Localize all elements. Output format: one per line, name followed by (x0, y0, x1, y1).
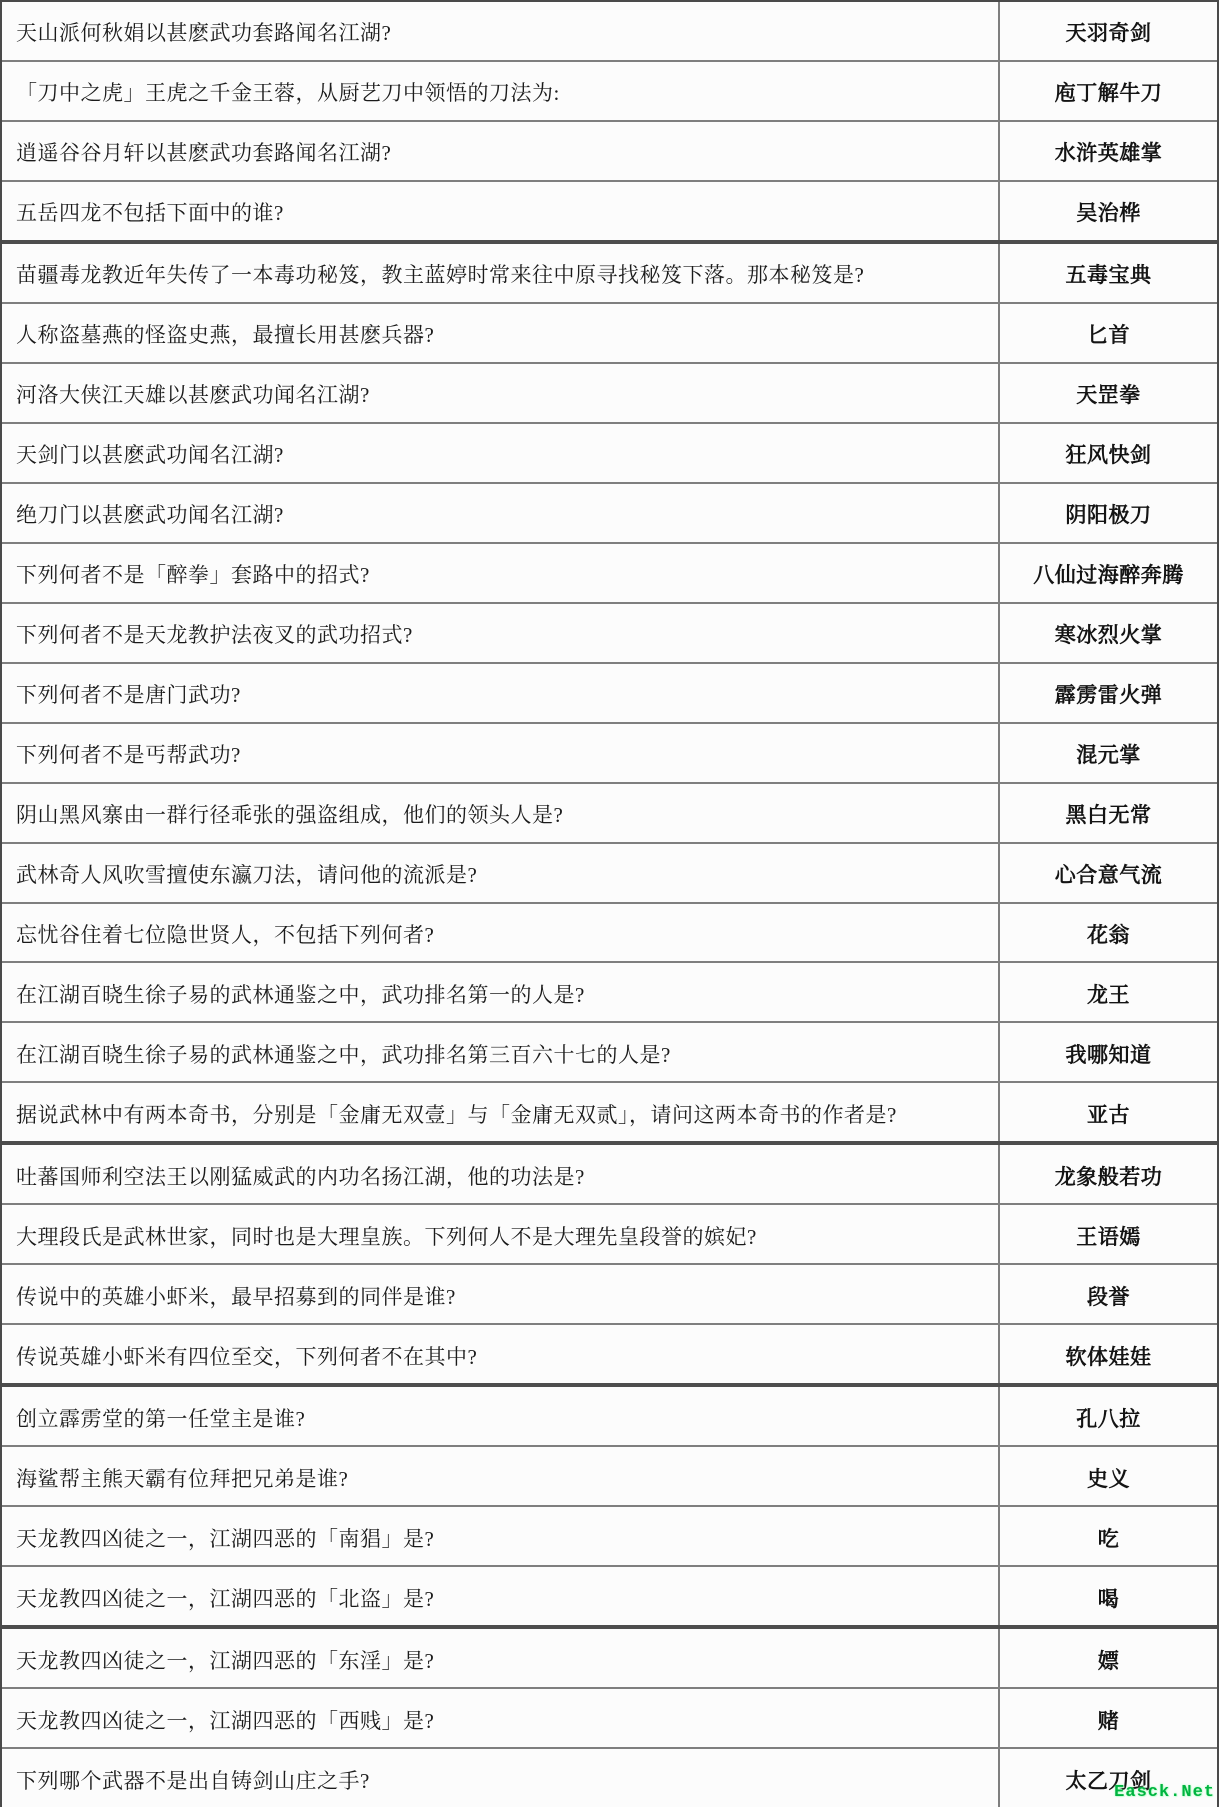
question-cell: 创立霹雳堂的第一任堂主是谁? (2, 1387, 1000, 1445)
question-cell: 天龙教四凶徒之一，江湖四恶的「北盗」是? (2, 1567, 1000, 1625)
answer-cell: 孔八拉 (1000, 1387, 1217, 1445)
question-cell: 天剑门以甚麽武功闻名江湖? (2, 424, 1000, 482)
question-cell: 天龙教四凶徒之一，江湖四恶的「东淫」是? (2, 1629, 1000, 1687)
table-section: 苗疆毒龙教近年失传了一本毒功秘笈，教主蓝婷时常来往中原寻找秘笈下落。那本秘笈是?… (2, 244, 1217, 1146)
table-row: 天龙教四凶徒之一，江湖四恶的「北盗」是?喝 (2, 1567, 1217, 1625)
table-row: 下列何者不是丐帮武功?混元掌 (2, 724, 1217, 784)
table-row: 吐蕃国师利空法王以刚猛威武的内功名扬江湖，他的功法是?龙象般若功 (2, 1145, 1217, 1205)
table-row: 大理段氏是武林世家，同时也是大理皇族。下列何人不是大理先皇段誉的嫔妃?王语嫣 (2, 1205, 1217, 1265)
question-cell: 吐蕃国师利空法王以刚猛威武的内功名扬江湖，他的功法是? (2, 1145, 1000, 1203)
answer-cell: 龙象般若功 (1000, 1145, 1217, 1203)
table-row: 天龙教四凶徒之一，江湖四恶的「东淫」是?嫖 (2, 1629, 1217, 1689)
question-cell: 武林奇人风吹雪擅使东瀛刀法，请问他的流派是? (2, 844, 1000, 902)
answer-cell: 史义 (1000, 1447, 1217, 1505)
question-cell: 传说中的英雄小虾米，最早招募到的同伴是谁? (2, 1265, 1000, 1323)
answer-cell: 王语嫣 (1000, 1205, 1217, 1263)
table-row: 在江湖百晓生徐子易的武林通鉴之中，武功排名第三百六十七的人是?我哪知道 (2, 1023, 1217, 1083)
table-row: 苗疆毒龙教近年失传了一本毒功秘笈，教主蓝婷时常来往中原寻找秘笈下落。那本秘笈是?… (2, 244, 1217, 304)
question-cell: 下列何者不是唐门武功? (2, 664, 1000, 722)
question-cell: 下列何者不是「醉拳」套路中的招式? (2, 544, 1000, 602)
table-section: 天山派何秋娟以甚麽武功套路闻名江湖?天羽奇剑「刀中之虎」王虎之千金王蓉，从厨艺刀… (2, 2, 1217, 244)
table-row: 海鲨帮主熊天霸有位拜把兄弟是谁?史义 (2, 1447, 1217, 1507)
table-row: 河洛大侠江天雄以甚麽武功闻名江湖?天罡拳 (2, 364, 1217, 424)
table-row: 在江湖百晓生徐子易的武林通鉴之中，武功排名第一的人是?龙王 (2, 963, 1217, 1023)
table-section: 创立霹雳堂的第一任堂主是谁?孔八拉海鲨帮主熊天霸有位拜把兄弟是谁?史义天龙教四凶… (2, 1387, 1217, 1629)
table-row: 下列何者不是唐门武功?霹雳雷火弹 (2, 664, 1217, 724)
table-row: 忘忧谷住着七位隐世贤人，不包括下列何者?花翁 (2, 904, 1217, 964)
question-cell: 苗疆毒龙教近年失传了一本毒功秘笈，教主蓝婷时常来往中原寻找秘笈下落。那本秘笈是? (2, 244, 1000, 302)
answer-cell: 天罡拳 (1000, 364, 1217, 422)
question-cell: 「刀中之虎」王虎之千金王蓉，从厨艺刀中领悟的刀法为: (2, 62, 1000, 120)
question-cell: 传说英雄小虾米有四位至交，下列何者不在其中? (2, 1325, 1000, 1383)
table-row: 下列何者不是天龙教护法夜叉的武功招式?寒冰烈火掌 (2, 604, 1217, 664)
answer-cell: 匕首 (1000, 304, 1217, 362)
answer-cell: 混元掌 (1000, 724, 1217, 782)
question-cell: 下列何者不是天龙教护法夜叉的武功招式? (2, 604, 1000, 662)
table-section: 天龙教四凶徒之一，江湖四恶的「东淫」是?嫖天龙教四凶徒之一，江湖四恶的「西贱」是… (2, 1629, 1217, 1807)
table-row: 据说武林中有两本奇书，分别是「金庸无双壹」与「金庸无双贰」，请问这两本奇书的作者… (2, 1083, 1217, 1141)
watermark: Easck.Net (1114, 1783, 1215, 1802)
table-row: 绝刀门以甚麽武功闻名江湖?阴阳极刀 (2, 484, 1217, 544)
table-row: 下列哪个武器不是出自铸剑山庄之手?太乙刀剑 (2, 1749, 1217, 1807)
table-section: 吐蕃国师利空法王以刚猛威武的内功名扬江湖，他的功法是?龙象般若功大理段氏是武林世… (2, 1145, 1217, 1387)
question-cell: 忘忧谷住着七位隐世贤人，不包括下列何者? (2, 904, 1000, 962)
table-row: 五岳四龙不包括下面中的谁?吴治桦 (2, 182, 1217, 240)
answer-cell: 黑白无常 (1000, 784, 1217, 842)
answer-cell: 段誉 (1000, 1265, 1217, 1323)
table-row: 下列何者不是「醉拳」套路中的招式?八仙过海醉奔腾 (2, 544, 1217, 604)
table-row: 传说中的英雄小虾米，最早招募到的同伴是谁?段誉 (2, 1265, 1217, 1325)
table-row: 「刀中之虎」王虎之千金王蓉，从厨艺刀中领悟的刀法为:庖丁解牛刀 (2, 62, 1217, 122)
table-row: 天剑门以甚麽武功闻名江湖?狂风快剑 (2, 424, 1217, 484)
answer-cell: 庖丁解牛刀 (1000, 62, 1217, 120)
answer-cell: 龙王 (1000, 963, 1217, 1021)
question-cell: 在江湖百晓生徐子易的武林通鉴之中，武功排名第三百六十七的人是? (2, 1023, 1000, 1081)
answer-cell: 五毒宝典 (1000, 244, 1217, 302)
answer-cell: 赌 (1000, 1689, 1217, 1747)
table-row: 人称盗墓燕的怪盗史燕，最擅长用甚麽兵器?匕首 (2, 304, 1217, 364)
table-row: 武林奇人风吹雪擅使东瀛刀法，请问他的流派是?心合意气流 (2, 844, 1217, 904)
answer-cell: 八仙过海醉奔腾 (1000, 544, 1217, 602)
answer-cell: 霹雳雷火弹 (1000, 664, 1217, 722)
answer-cell: 天羽奇剑 (1000, 2, 1217, 60)
table-row: 阴山黑风寨由一群行径乖张的强盗组成，他们的领头人是?黑白无常 (2, 784, 1217, 844)
table-row: 创立霹雳堂的第一任堂主是谁?孔八拉 (2, 1387, 1217, 1447)
question-cell: 阴山黑风寨由一群行径乖张的强盗组成，他们的领头人是? (2, 784, 1000, 842)
question-cell: 海鲨帮主熊天霸有位拜把兄弟是谁? (2, 1447, 1000, 1505)
answer-cell: 狂风快剑 (1000, 424, 1217, 482)
question-cell: 绝刀门以甚麽武功闻名江湖? (2, 484, 1000, 542)
answer-cell: 吃 (1000, 1507, 1217, 1565)
question-cell: 天龙教四凶徒之一，江湖四恶的「南猖」是? (2, 1507, 1000, 1565)
answer-cell: 心合意气流 (1000, 844, 1217, 902)
table-row: 天山派何秋娟以甚麽武功套路闻名江湖?天羽奇剑 (2, 2, 1217, 62)
answer-cell: 我哪知道 (1000, 1023, 1217, 1081)
question-cell: 五岳四龙不包括下面中的谁? (2, 182, 1000, 240)
question-cell: 下列何者不是丐帮武功? (2, 724, 1000, 782)
answer-cell: 花翁 (1000, 904, 1217, 962)
answer-cell: 喝 (1000, 1567, 1217, 1625)
question-cell: 河洛大侠江天雄以甚麽武功闻名江湖? (2, 364, 1000, 422)
answer-cell: 阴阳极刀 (1000, 484, 1217, 542)
question-cell: 在江湖百晓生徐子易的武林通鉴之中，武功排名第一的人是? (2, 963, 1000, 1021)
answer-cell: 软体娃娃 (1000, 1325, 1217, 1383)
table-row: 天龙教四凶徒之一，江湖四恶的「南猖」是?吃 (2, 1507, 1217, 1567)
question-cell: 逍遥谷谷月轩以甚麽武功套路闻名江湖? (2, 122, 1000, 180)
question-cell: 大理段氏是武林世家，同时也是大理皇族。下列何人不是大理先皇段誉的嫔妃? (2, 1205, 1000, 1263)
answer-cell: 亚古 (1000, 1083, 1217, 1141)
table-row: 逍遥谷谷月轩以甚麽武功套路闻名江湖?水浒英雄掌 (2, 122, 1217, 182)
answer-cell: 吴治桦 (1000, 182, 1217, 240)
question-cell: 人称盗墓燕的怪盗史燕，最擅长用甚麽兵器? (2, 304, 1000, 362)
question-cell: 下列哪个武器不是出自铸剑山庄之手? (2, 1749, 1000, 1807)
question-cell: 据说武林中有两本奇书，分别是「金庸无双壹」与「金庸无双贰」，请问这两本奇书的作者… (2, 1083, 1000, 1141)
table-row: 传说英雄小虾米有四位至交，下列何者不在其中?软体娃娃 (2, 1325, 1217, 1383)
answer-cell: 水浒英雄掌 (1000, 122, 1217, 180)
table-row: 天龙教四凶徒之一，江湖四恶的「西贱」是?赌 (2, 1689, 1217, 1749)
answer-cell: 寒冰烈火掌 (1000, 604, 1217, 662)
question-cell: 天龙教四凶徒之一，江湖四恶的「西贱」是? (2, 1689, 1000, 1747)
question-cell: 天山派何秋娟以甚麽武功套路闻名江湖? (2, 2, 1000, 60)
answer-cell: 嫖 (1000, 1629, 1217, 1687)
qa-table: 天山派何秋娟以甚麽武功套路闻名江湖?天羽奇剑「刀中之虎」王虎之千金王蓉，从厨艺刀… (0, 0, 1219, 1807)
